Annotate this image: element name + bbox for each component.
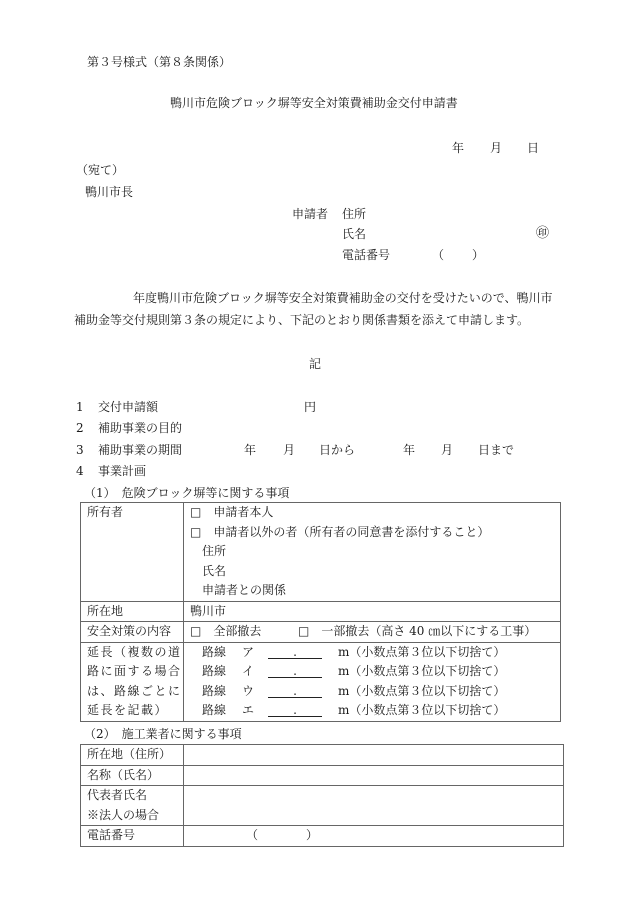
- owner-relation-label: 申請者との関係: [190, 581, 554, 601]
- document-title: 鴨川市危険ブロック塀等安全対策費補助金交付申請書: [170, 96, 458, 110]
- owner-label: 所有者: [87, 503, 177, 523]
- date-year-label: 年: [452, 141, 464, 155]
- route-a: 路線ア.m（小数点第３位以下切捨て）: [190, 643, 554, 663]
- length-label-line-2: 路に面する場合: [87, 662, 177, 682]
- route-e-length-field[interactable]: .: [268, 704, 322, 717]
- contractor-address-field[interactable]: [184, 745, 564, 766]
- section-2-heading: （2） 施工業者に関する事項: [84, 727, 242, 741]
- contractor-address-label: 所在地（住所）: [87, 745, 177, 765]
- period-to-month: 月: [441, 443, 453, 457]
- applicant-label: 申請者: [292, 207, 328, 221]
- representative-field[interactable]: [184, 786, 564, 826]
- length-label-line-3: は、路線ごとに: [87, 682, 177, 702]
- period-from-month: 月: [283, 443, 295, 457]
- measure-row: 安全対策の内容 □ 全部撤去□ 一部撤去（高さ 40 ㎝以下にする工事）: [81, 622, 561, 643]
- item-4-number: 4: [76, 464, 84, 478]
- ki-heading: 記: [309, 357, 321, 371]
- body-text-line-1: 年度鴨川市危険ブロック塀等安全対策費補助金の交付を受けたいので、鴨川市: [133, 291, 553, 305]
- contractor-name-label: 名称（氏名）: [87, 766, 177, 786]
- contractor-phone-label: 電話番号: [87, 826, 177, 846]
- item-1-yen: 円: [304, 400, 316, 414]
- representative-note: ※法人の場合: [87, 806, 177, 826]
- phone-close-paren: ）: [472, 248, 484, 262]
- owner-address-label: 住所: [190, 542, 554, 562]
- route-u: 路線ウ.m（小数点第３位以下切捨て）: [190, 682, 554, 702]
- contractor-name-row: 名称（氏名）: [81, 765, 564, 786]
- item-3-number: 3: [76, 443, 84, 457]
- block-wall-table: 所有者 □ 申請者本人 □ 申請者以外の者（所有者の同意書を添付すること） 住所…: [80, 502, 561, 722]
- contractor-phone-field[interactable]: （ ）: [184, 826, 564, 847]
- applicant-address-label: 住所: [342, 207, 366, 221]
- contractor-address-row: 所在地（住所）: [81, 745, 564, 766]
- route-u-length-field[interactable]: .: [268, 685, 322, 698]
- owner-option-self[interactable]: □ 申請者本人: [190, 503, 554, 523]
- location-label: 所在地: [87, 602, 177, 622]
- contractor-phone-parens: （ ）: [190, 826, 557, 846]
- representative-row: 代表者氏名 ※法人の場合: [81, 786, 564, 826]
- contractor-name-field[interactable]: [184, 765, 564, 786]
- route-a-length-field[interactable]: .: [268, 646, 322, 659]
- date-month-label: 月: [490, 141, 502, 155]
- contractor-table: 所在地（住所） 名称（氏名） 代表者氏名 ※法人の場合 電話番号 （ ）: [80, 744, 564, 847]
- location-row: 所在地 鴨川市: [81, 601, 561, 622]
- applicant-name-label: 氏名: [342, 227, 366, 241]
- owner-row: 所有者 □ 申請者本人 □ 申請者以外の者（所有者の同意書を添付すること） 住所…: [81, 503, 561, 602]
- length-label-line-4: 延長を記載）: [87, 701, 177, 721]
- item-2-label: 補助事業の目的: [98, 421, 182, 435]
- measure-option-full[interactable]: □ 全部撤去: [190, 622, 298, 642]
- item-3-label: 補助事業の期間: [98, 443, 182, 457]
- route-i: 路線イ.m（小数点第３位以下切捨て）: [190, 662, 554, 682]
- applicant-phone-label: 電話番号: [342, 248, 390, 262]
- addressee: 鴨川市長: [85, 185, 133, 199]
- form-number: 第３号様式（第８条関係）: [87, 55, 231, 69]
- item-1-number: 1: [76, 400, 84, 414]
- contractor-phone-row: 電話番号 （ ）: [81, 826, 564, 847]
- location-value: 鴨川市: [190, 602, 554, 622]
- date-day-label: 日: [527, 141, 539, 155]
- item-1-label: 交付申請額: [98, 400, 158, 414]
- measure-option-partial[interactable]: □ 一部撤去（高さ 40 ㎝以下にする工事）: [298, 624, 536, 638]
- phone-open-paren: （: [432, 248, 444, 262]
- owner-name-label: 氏名: [190, 562, 554, 582]
- owner-option-other[interactable]: □ 申請者以外の者（所有者の同意書を添付すること）: [190, 523, 554, 543]
- route-i-length-field[interactable]: .: [268, 665, 322, 678]
- route-e: 路線エ.m（小数点第３位以下切捨て）: [190, 701, 554, 721]
- section-1-heading: （1） 危険ブロック塀等に関する事項: [84, 486, 289, 500]
- period-from-year: 年: [244, 443, 256, 457]
- addressee-prefix: （宛て）: [76, 163, 124, 177]
- length-label-line-1: 延長（複数の道: [87, 643, 177, 663]
- period-from-day: 日から: [319, 443, 355, 457]
- representative-label: 代表者氏名: [87, 786, 177, 806]
- body-text-line-2: 補助金等交付規則第３条の規定により、下記のとおり関係書類を添えて申請します。: [74, 313, 529, 327]
- period-to-day: 日まで: [478, 443, 514, 457]
- seal-icon: ㊞: [536, 227, 549, 241]
- length-row: 延長（複数の道 路に面する場合 は、路線ごとに 延長を記載） 路線ア.m（小数点…: [81, 642, 561, 721]
- measure-label: 安全対策の内容: [87, 622, 177, 642]
- item-2-number: 2: [76, 421, 84, 435]
- item-4-label: 事業計画: [98, 464, 146, 478]
- period-to-year: 年: [403, 443, 415, 457]
